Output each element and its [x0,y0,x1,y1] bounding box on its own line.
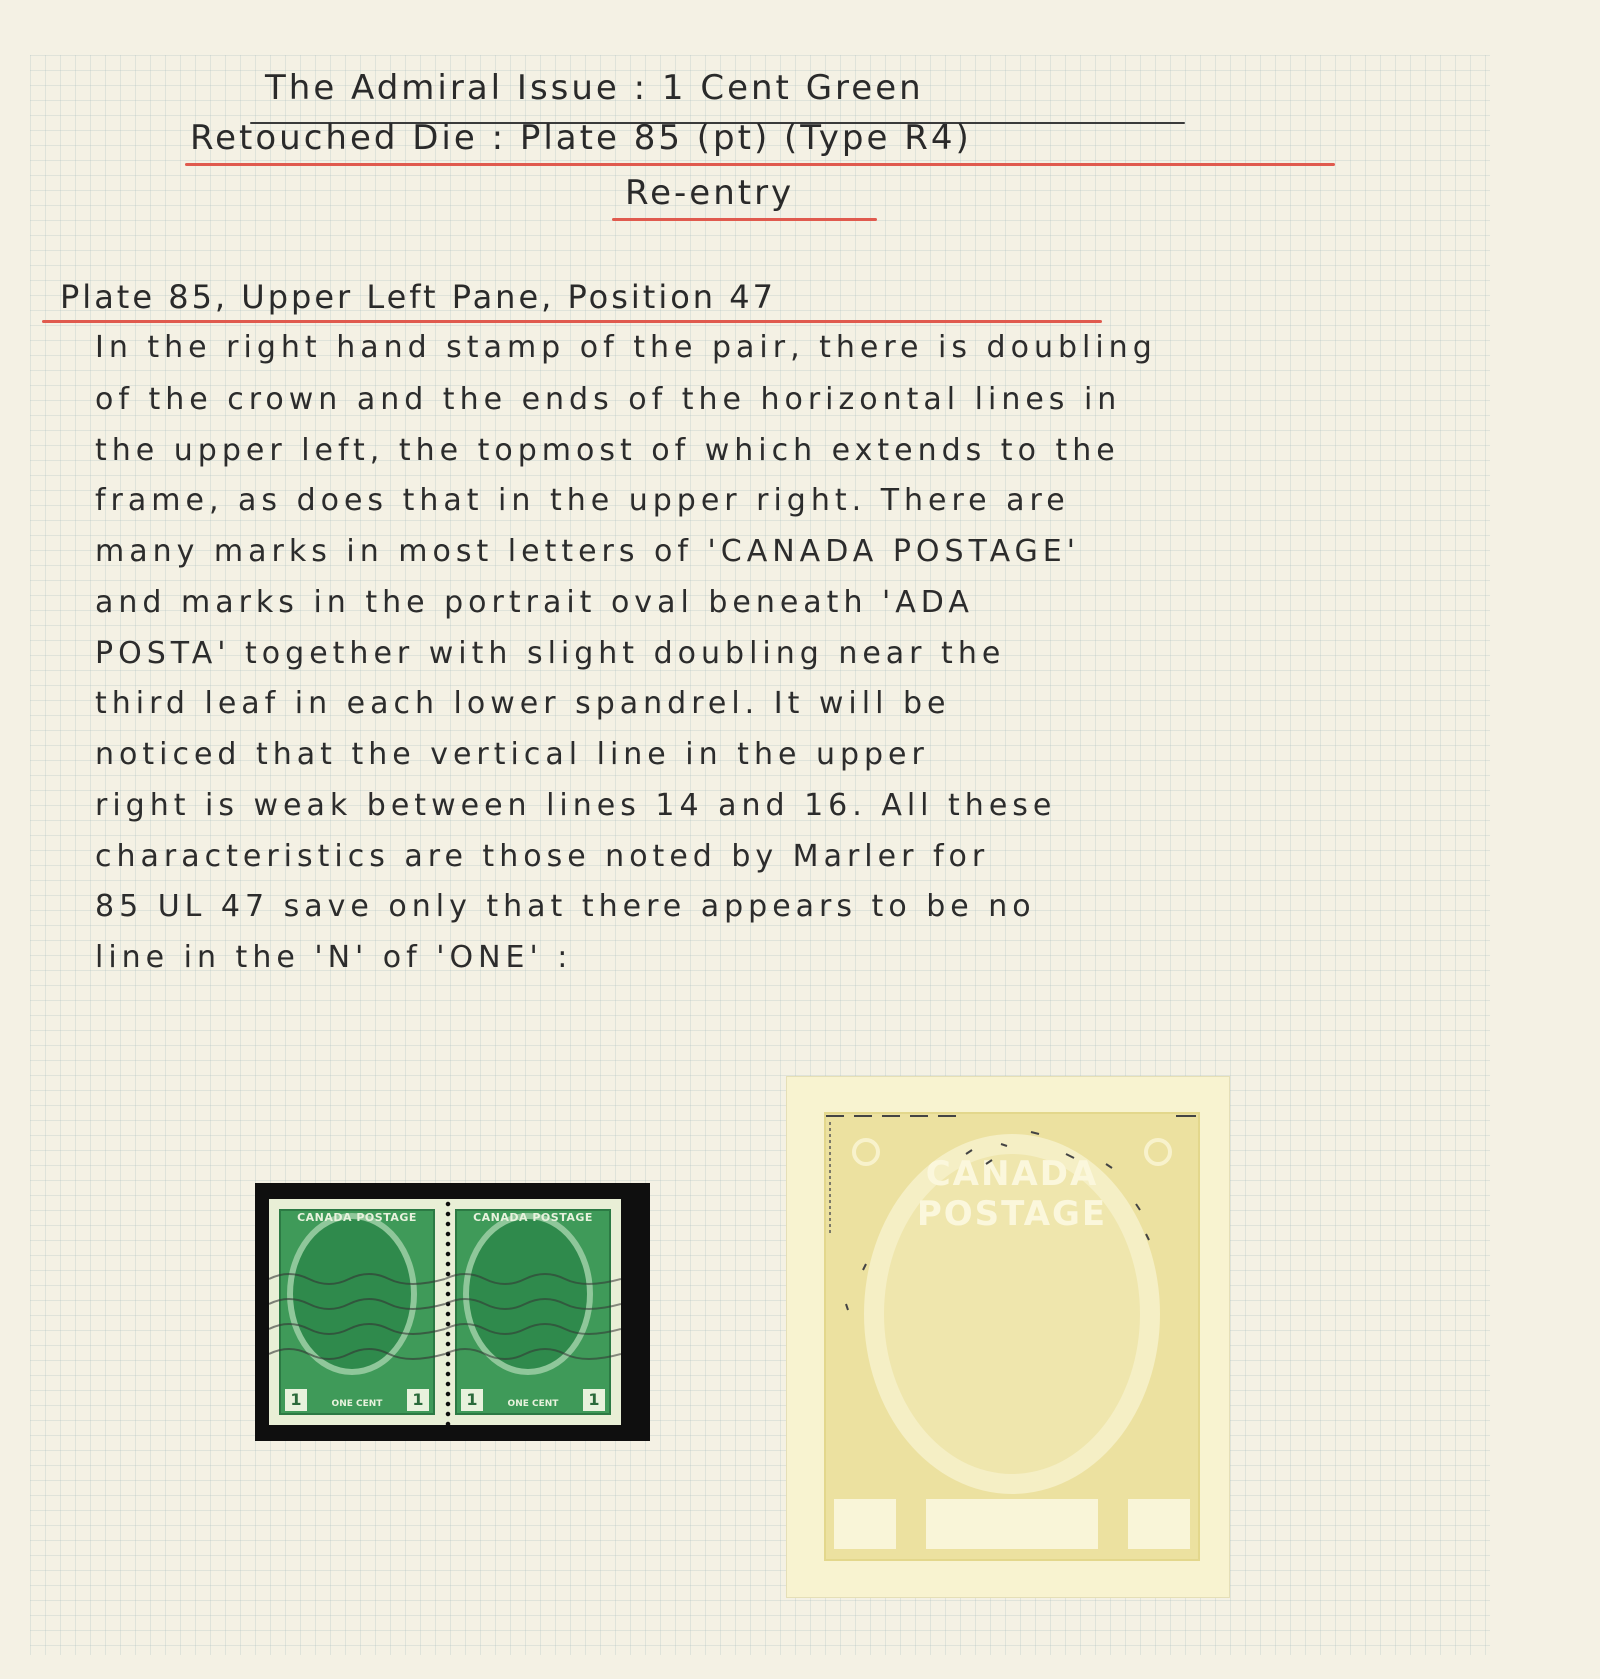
section-underline [42,320,1102,323]
title-line-3: Re-entry [625,173,794,213]
body-line: of the crown and the ends of the horizon… [95,382,1121,417]
stamp-pair-mount: CANADA POSTAGE 1 1 ONE CENT CANADA POSTA… [255,1183,650,1441]
body-line: the upper left, the topmost of which ext… [95,433,1120,468]
title-underline-2 [185,163,1335,166]
body-line: many marks in most letters of 'CANADA PO… [95,534,1080,569]
body-line: In the right hand stamp of the pair, the… [95,330,1157,365]
body-line: noticed that the vertical line in the up… [95,737,929,772]
reentry-marks-icon [826,1114,1198,1559]
body-line: 85 UL 47 save only that there appears to… [95,889,1036,924]
die-proof: CANADA POSTAGE [786,1076,1230,1598]
stamp-right: CANADA POSTAGE 1 1 ONE CENT [445,1199,621,1425]
body-line: POSTA' together with slight doubling nea… [95,636,1005,671]
body-line: and marks in the portrait oval beneath '… [95,585,974,620]
body-line: line in the 'N' of 'ONE' : [95,940,572,975]
stamp-legend: CANADA POSTAGE [269,1211,445,1224]
title-line-2: Retouched Die : Plate 85 (pt) (Type R4) [190,118,972,158]
body-line: third leaf in each lower spandrel. It wi… [95,686,950,721]
title-underline-3 [612,218,877,221]
body-line: right is weak between lines 14 and 16. A… [95,788,1056,823]
body-line: characteristics are those noted by Marle… [95,839,989,874]
stamp-value: ONE CENT [269,1399,445,1409]
stamp-legend: CANADA POSTAGE [445,1211,621,1224]
title-line-1: The Admiral Issue : 1 Cent Green [265,68,924,108]
wavy-cancel-icon [269,1259,445,1379]
section-heading: Plate 85, Upper Left Pane, Position 47 [60,278,776,316]
body-line: frame, as does that in the upper right. … [95,483,1070,518]
stamp-value: ONE CENT [445,1399,621,1409]
wavy-cancel-icon [445,1259,621,1379]
proof-design: CANADA POSTAGE [824,1112,1200,1561]
stamp-left: CANADA POSTAGE 1 1 ONE CENT [269,1199,445,1425]
